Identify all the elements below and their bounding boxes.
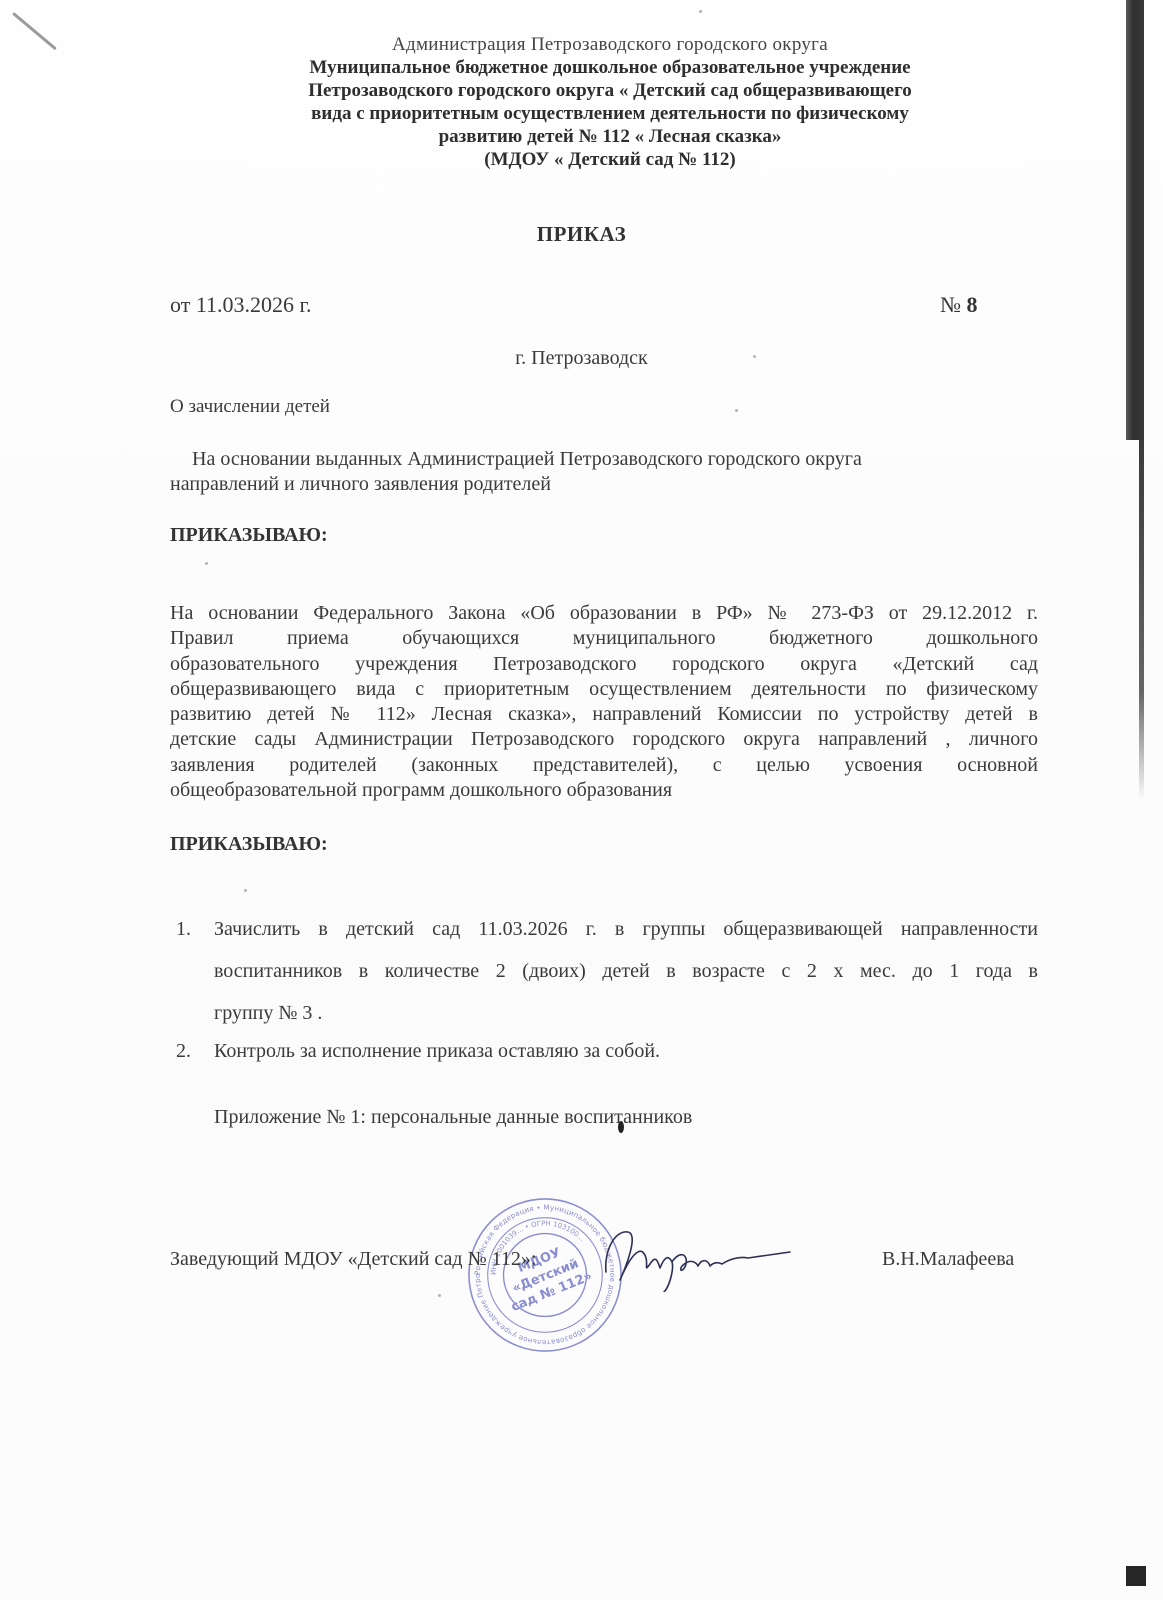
scan-speck [205,562,208,565]
legal-basis-line: общеобразовательной программ дошкольного… [170,778,1038,803]
signer-name: В.Н.Малафеева [882,1248,1014,1271]
item-number: 2. [176,1034,191,1068]
institution-line-3: вида с приоритетным осуществлением деяте… [200,102,1020,125]
scan-edge-shadow-thin [1139,440,1144,800]
legal-basis-line: общеразвивающего вида с приоритетным осу… [170,677,1038,702]
institution-short-name: (МДОУ « Детский сад № 112) [200,148,1020,171]
basis-line-1: На основании выданных Администрацией Пет… [170,447,990,472]
order-keyword: ПРИКАЗЫВАЮ: [170,833,328,856]
scan-edge-shadow [1126,0,1144,440]
legal-basis-paragraph: На основании Федерального Закона «Об обр… [170,601,1038,803]
item-line: Контроль за исполнение приказа оставляю … [214,1034,1038,1068]
item-line: группу № 3 . [214,992,1038,1034]
order-subject: О зачислении детей [170,396,330,418]
legal-basis-line: Правил приема обучающихся муниципального… [170,626,1038,651]
scan-artifact-line [12,12,57,50]
order-keyword: ПРИКАЗЫВАЮ: [170,524,328,547]
order-date: от 11.03.2026 г. [170,292,312,318]
item-number: 1. [176,908,191,950]
document-header: Администрация Петрозаводского городского… [200,33,1020,171]
scan-speck [735,409,738,412]
signer-position: Заведующий МДОУ «Детский сад № 112»: [170,1248,536,1271]
legal-basis-line: заявления родителей (законных представит… [170,753,1038,778]
scan-speck [699,10,702,13]
institution-line-4: развитию детей № 112 « Лесная сказка» [200,125,1020,148]
institution-line-2: Петрозаводского городского округа « Детс… [200,79,1020,102]
order-number-prefix: № [940,292,961,317]
legal-basis-line: На основании Федерального Закона «Об обр… [170,601,1038,626]
ink-blot [618,1121,624,1133]
item-line: Зачислить в детский сад 11.03.2026 г. в … [214,908,1038,950]
order-items-list: 1. Зачислить в детский сад 11.03.2026 г.… [170,908,1038,1068]
institution-line-1: Муниципальное бюджетное дошкольное образ… [200,56,1020,79]
city: г. Петрозаводск [0,347,1163,370]
scan-speck [244,889,247,892]
scanned-page: Администрация Петрозаводского городского… [0,0,1163,1600]
legal-basis-line: детские сады Администрации Петрозаводско… [170,727,1038,752]
handwritten-signature-icon [598,1222,798,1292]
document-title: ПРИКАЗ [0,222,1163,247]
order-item-1: 1. Зачислить в детский сад 11.03.2026 г.… [170,908,1038,1034]
basis-paragraph: На основании выданных Администрацией Пет… [170,447,990,497]
order-number-value: 8 [967,292,978,317]
administration-name: Администрация Петрозаводского городского… [200,33,1020,56]
scan-artifact-square [1126,1566,1146,1586]
order-item-2: 2. Контроль за исполнение приказа оставл… [170,1034,1038,1068]
scan-speck [438,1294,441,1297]
basis-line-2: направлений и личного заявления родителе… [170,472,990,497]
item-line: воспитанников в количестве 2 (двоих) дет… [214,950,1038,992]
legal-basis-line: развитию детей № 112» Лесная сказка», на… [170,702,1038,727]
legal-basis-line: образовательного учреждения Петрозаводск… [170,652,1038,677]
order-number: № 8 [940,292,978,318]
